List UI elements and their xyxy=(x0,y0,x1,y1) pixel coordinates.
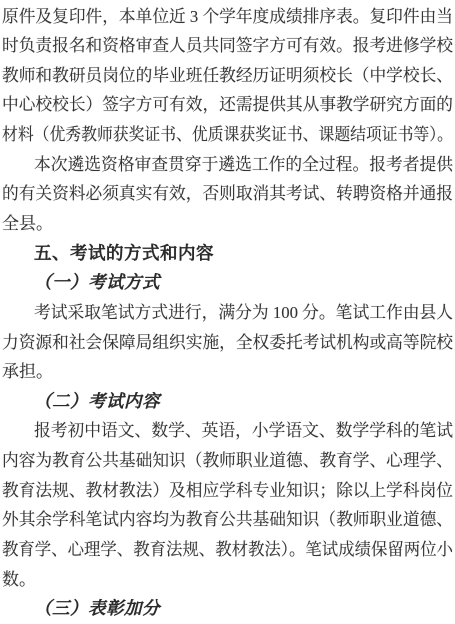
line-text: 承担。 xyxy=(2,357,53,387)
text-line: 中心校校长）签字方可有效，还需提供其从事教学研究方面的 xyxy=(2,90,453,120)
line-text: （二）考试内容 xyxy=(34,387,160,417)
line-text: 考试采取笔试方式进行，满分为 100 分。笔试工作由县人 xyxy=(34,298,453,328)
line-text: 教育法规、教材教法）及相应学科专业知识；除以上学科岗位 xyxy=(2,476,453,506)
section-heading: （一）考试方式 xyxy=(2,268,453,298)
text-line: 材料（优秀教师获奖证书、优质课获奖证书、课题结项证书等）。 xyxy=(2,120,453,150)
line-text: 内容为教育公共基础知识（教师职业道德、教育学、心理学、 xyxy=(2,446,453,476)
section-heading: （二）考试内容 xyxy=(2,386,453,416)
text-line: 承担。 xyxy=(2,357,453,387)
line-text: （三）表彰加分 xyxy=(34,594,160,624)
text-line: 全县。 xyxy=(2,208,453,238)
line-text: 数。 xyxy=(2,565,36,595)
text-line: 内容为教育公共基础知识（教师职业道德、教育学、心理学、 xyxy=(2,446,453,476)
line-text: 教师和教研员岗位的毕业班任教经历证明须校长（中学校长、 xyxy=(2,61,453,91)
text-line: 教育法规、教材教法）及相应学科专业知识；除以上学科岗位 xyxy=(2,475,453,505)
line-text: 全县。 xyxy=(2,209,53,239)
line-text: （一）考试方式 xyxy=(34,268,160,298)
line-text: 力资源和社会保障局组织实施，全权委托考试机构或高等院校 xyxy=(2,328,453,358)
line-text: 报考初中语文、数学、英语，小学语文、数学学科的笔试 xyxy=(34,416,453,446)
text-line: 教育学、心理学、教育法规、教材教法）。笔试成绩保留两位小 xyxy=(2,535,453,565)
line-text: 本次遴选资格审查贯穿于遴选工作的全过程。报考者提供 xyxy=(34,150,453,180)
text-line: 数。 xyxy=(2,564,453,594)
section-heading: 五、考试的方式和内容 xyxy=(2,238,453,268)
document-body: 原件及复印件，本单位近 3 个学年度成绩排序表。复印件由当时负责报名和资格审查人… xyxy=(0,0,455,624)
line-text: 中心校校长）签字方可有效，还需提供其从事教学研究方面的 xyxy=(2,90,453,120)
text-line: 本次遴选资格审查贯穿于遴选工作的全过程。报考者提供 xyxy=(2,149,453,179)
line-text: 时负责报名和资格审查人员共同签字方可有效。报考进修学校 xyxy=(2,31,453,61)
text-line: 考试采取笔试方式进行，满分为 100 分。笔试工作由县人 xyxy=(2,297,453,327)
line-text: 原件及复印件，本单位近 3 个学年度成绩排序表。复印件由当 xyxy=(2,2,453,32)
line-text: 材料（优秀教师获奖证书、优质课获奖证书、课题结项证书等）。 xyxy=(2,120,453,150)
document-page: 原件及复印件，本单位近 3 个学年度成绩排序表。复印件由当时负责报名和资格审查人… xyxy=(0,0,455,624)
line-text: 教育学、心理学、教育法规、教材教法）。笔试成绩保留两位小 xyxy=(2,535,453,565)
text-line: 的有关资料必须真实有效，否则取消其考试、转聘资格并通报 xyxy=(2,179,453,209)
line-text: 的有关资料必须真实有效，否则取消其考试、转聘资格并通报 xyxy=(2,179,453,209)
text-line: 教师和教研员岗位的毕业班任教经历证明须校长（中学校长、 xyxy=(2,60,453,90)
line-text: 五、考试的方式和内容 xyxy=(34,239,214,269)
line-text: 外其余学科笔试内容均为教育公共基础知识（教师职业道德、 xyxy=(2,505,453,535)
text-line: 外其余学科笔试内容均为教育公共基础知识（教师职业道德、 xyxy=(2,505,453,535)
section-heading: （三）表彰加分 xyxy=(2,594,453,624)
text-line: 原件及复印件，本单位近 3 个学年度成绩排序表。复印件由当 xyxy=(2,1,453,31)
text-line: 时负责报名和资格审查人员共同签字方可有效。报考进修学校 xyxy=(2,31,453,61)
text-line: 力资源和社会保障局组织实施，全权委托考试机构或高等院校 xyxy=(2,327,453,357)
text-line: 报考初中语文、数学、英语，小学语文、数学学科的笔试 xyxy=(2,416,453,446)
